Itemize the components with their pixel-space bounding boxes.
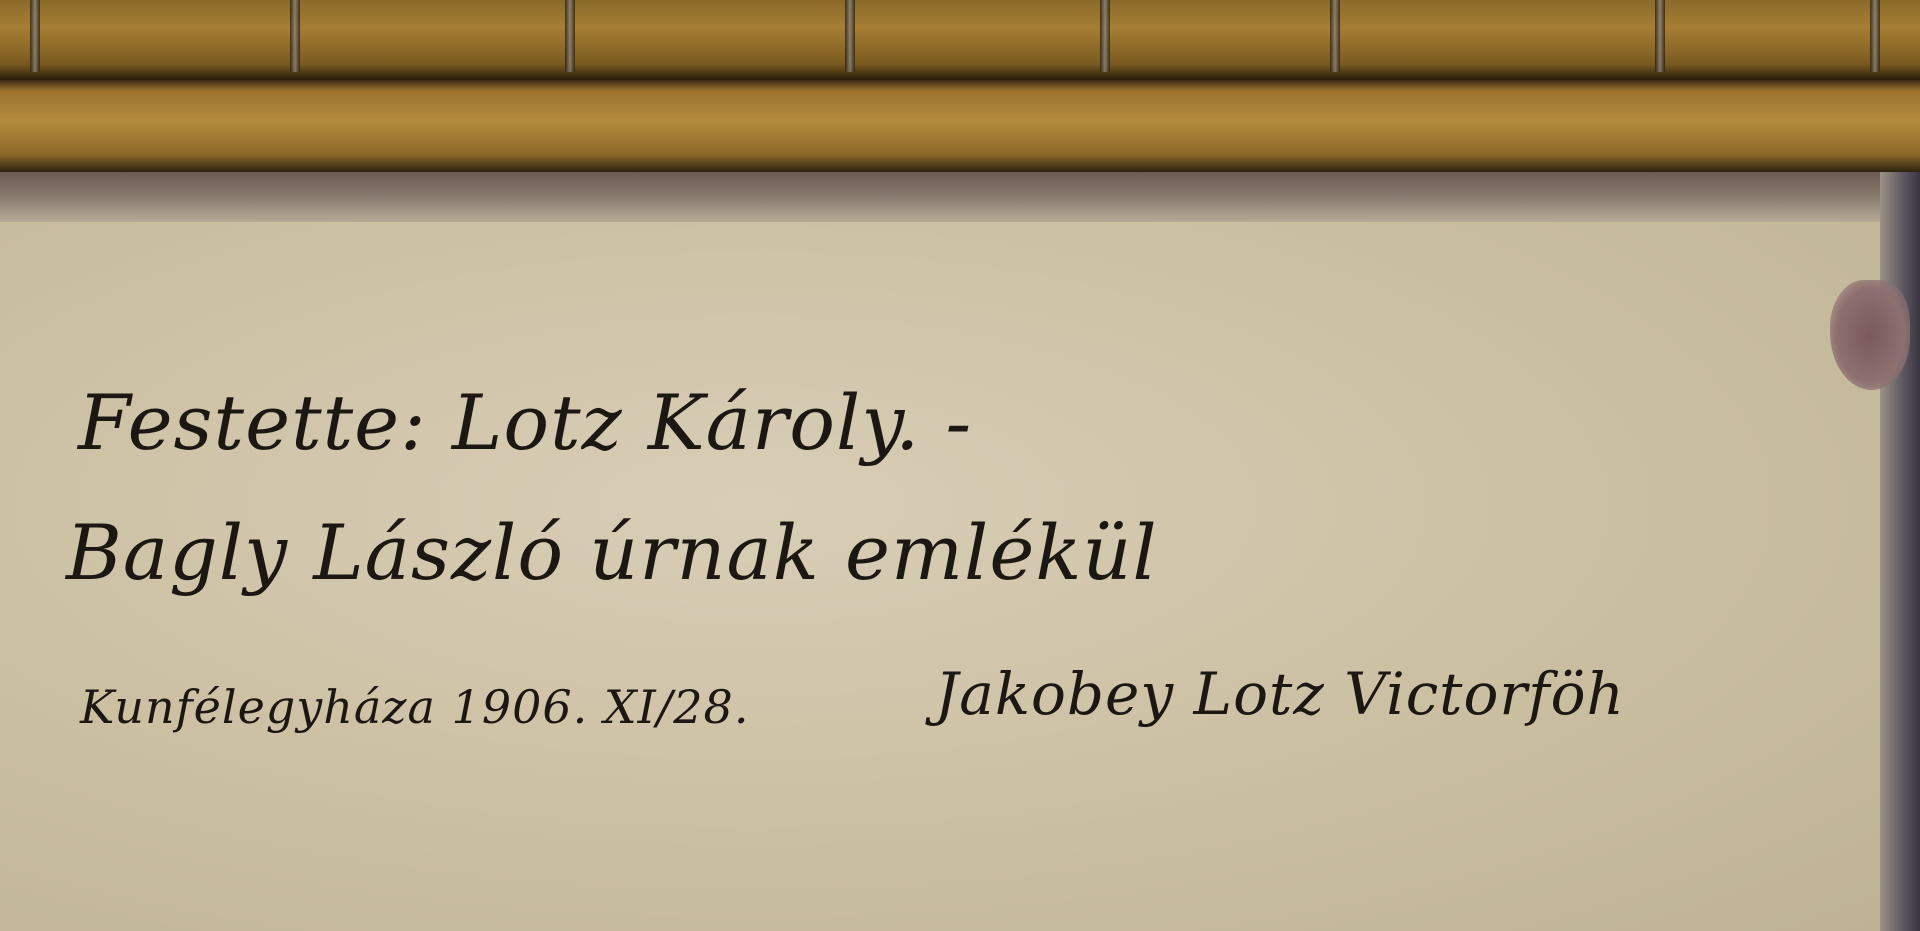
frame-groove [1330,0,1340,72]
frame-groove [1655,0,1665,72]
frame-groove [30,0,40,72]
paper-stain [1830,280,1910,390]
inscription-line-1: Festette: Lotz Károly. - [78,378,972,467]
frame-shadow [0,172,1920,222]
inscription-place-date: Kunfélegyháza 1906. XI/28. [80,680,749,734]
frame-groove [565,0,575,72]
frame-groove [1870,0,1880,72]
frame-groove [1100,0,1110,72]
gilded-frame-rail [0,80,1920,172]
inscription-signature: Jakobey Lotz Victorföh [935,660,1625,728]
inscription-line-2: Bagly László úrnak emlékül [66,508,1158,597]
frame-groove [845,0,855,72]
gilded-frame-top [0,0,1920,80]
frame-groove [290,0,300,72]
